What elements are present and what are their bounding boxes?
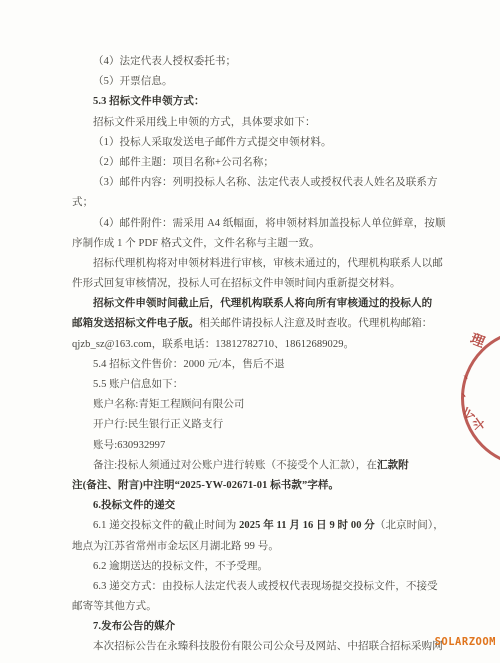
text-run: （4）邮件附件：需采用 A4 纸幅面，将申领材料加盖投标人单位鲜章，按顺 <box>93 218 445 229</box>
text-run: 式； <box>72 197 93 208</box>
document-line: 式； <box>72 193 444 213</box>
text-run: 招标文件采用线上申领的方式，具体要求如下： <box>93 117 316 128</box>
document-line: 招标代理机构将对申领材料进行审核，审核未通过的，代理机构联系人以邮 <box>72 254 444 274</box>
document-line: 账号:630932997 <box>72 436 444 456</box>
text-run: 地点为江苏省常州市金坛区月湖北路 99 号。 <box>72 541 279 552</box>
text-run: 招标代理机构将对申领材料进行审核，审核未通过的，代理机构联系人以邮 <box>93 258 443 269</box>
text-run: 6.3 递交方式：由投标人法定代表人或授权代表现场提交投标文件，不接受 <box>93 581 438 592</box>
text-run: 邮寄等其他方式。 <box>72 601 157 612</box>
text-run: qjzb_sz@163.com，联系电话：13812782710、1861268… <box>72 339 354 350</box>
text-run: 相关邮件请投标人注意及时查收。代理机构邮箱： <box>199 318 432 329</box>
text-run: （北京时间）， <box>375 520 444 531</box>
text-run: （3）邮件内容：列明投标人名称、法定代表人或授权代表人姓名及联系方 <box>93 177 438 188</box>
text-run: （1）投标人采取发送电子邮件方式提交申领材料。 <box>93 137 332 148</box>
text-run: 备注:投标人须通过对公账户进行转账（不接受个人汇款），在 <box>93 460 377 471</box>
document-line: 招标文件采用线上申领的方式，具体要求如下： <box>72 113 444 133</box>
document-line: 账户名称:青矩工程顾问有限公司 <box>72 395 444 415</box>
text-run-bold: 7.发布公告的媒介 <box>93 621 175 632</box>
document-line: 6.投标文件的递交 <box>72 496 444 516</box>
document-line: （3）邮件内容：列明投标人名称、法定代表人或授权代表人姓名及联系方 <box>72 173 444 193</box>
text-run-bold: 5.3 招标文件申领方式： <box>93 96 205 107</box>
seal-character: 丶 <box>461 374 470 383</box>
text-run: 6.1 递交投标文件的截止时间为 <box>93 520 239 531</box>
document-line: 招标文件申领时间截止后，代理机构联系人将向所有审核通过的投标人的 <box>72 294 444 314</box>
text-run: 开户行:民生银行正义路支行 <box>93 419 223 430</box>
document-page: （4）法定代表人授权委托书；（5）开票信息。5.3 招标文件申领方式：招标文件采… <box>0 0 500 663</box>
text-run: 本次招标公告在永臻科技股份有限公司公众号及网站、中招联合招标采购网 <box>93 641 443 652</box>
document-line: （5）开票信息。 <box>72 72 444 92</box>
document-line: 邮箱发送招标文件电子版。相关邮件请投标人注意及时查收。代理机构邮箱： <box>72 314 444 334</box>
document-line: 件形式回复审核情况，投标人可在招标文件申领时间内重新提交材料。 <box>72 274 444 294</box>
text-run: 5.4 招标文件售价：2000 元/本，售后不退 <box>93 359 285 370</box>
solarzoom-watermark: SOLARZOOM <box>435 636 496 648</box>
document-line: qjzb_sz@163.com，联系电话：13812782710、1861268… <box>72 335 444 355</box>
document-line: （4）邮件附件：需采用 A4 纸幅面，将申领材料加盖投标人单位鲜章，按顺 <box>72 214 444 234</box>
text-run-bold: 邮箱发送招标文件电子版。 <box>72 318 199 329</box>
document-line: （2）邮件主题：项目名称+公司名称； <box>72 153 444 173</box>
text-run-bold: 2025 年 11 月 16 日 9 时 00 分 <box>239 520 375 531</box>
document-line: 6.2 逾期送达的投标文件，不予受理。 <box>72 557 444 577</box>
text-run: 账号:630932997 <box>93 440 165 451</box>
document-line: （4）法定代表人授权委托书； <box>72 52 444 72</box>
seal-character: 丶 <box>459 392 468 401</box>
text-run-bold: 招标文件申领时间截止后，代理机构联系人将向所有审核通过的投标人的 <box>93 298 432 309</box>
document-line: 地点为江苏省常州市金坛区月湖北路 99 号。 <box>72 537 444 557</box>
text-run: 账户名称:青矩工程顾问有限公司 <box>93 399 244 410</box>
text-run-bold: 6.投标文件的递交 <box>93 500 175 511</box>
document-line: 备注:投标人须通过对公账户进行转账（不接受个人汇款），在汇款附 <box>72 456 444 476</box>
text-run: 序制作成 1 个 PDF 格式文件，文件名称与主题一致。 <box>72 238 320 249</box>
document-line: 5.5 账户信息如下： <box>72 375 444 395</box>
document-body: （4）法定代表人授权委托书；（5）开票信息。5.3 招标文件申领方式：招标文件采… <box>72 52 444 658</box>
document-line: 序制作成 1 个 PDF 格式文件，文件名称与主题一致。 <box>72 234 444 254</box>
text-run: （4）法定代表人授权委托书； <box>93 56 236 67</box>
text-run: 6.2 逾期送达的投标文件，不予受理。 <box>93 561 268 572</box>
text-run: 件形式回复审核情况，投标人可在招标文件申领时间内重新提交材料。 <box>72 278 401 289</box>
text-run-bold: 注(备注、附言)中注明“2025-YW-02671-01 标书款”字样。 <box>72 480 339 491</box>
document-line: 注(备注、附言)中注明“2025-YW-02671-01 标书款”字样。 <box>72 476 444 496</box>
text-run: 5.5 账户信息如下： <box>93 379 183 390</box>
document-line: 开户行:民生银行正义路支行 <box>72 415 444 435</box>
document-line: 6.3 递交方式：由投标人法定代表人或授权代表现场提交投标文件，不接受 <box>72 577 444 597</box>
document-line: 6.1 递交投标文件的截止时间为 2025 年 11 月 16 日 9 时 00… <box>72 516 444 536</box>
text-run: （5）开票信息。 <box>93 76 173 87</box>
document-line: 邮寄等其他方式。 <box>72 597 444 617</box>
document-line: 本次招标公告在永臻科技股份有限公司公众号及网站、中招联合招标采购网 <box>72 637 444 657</box>
text-run-bold: 汇款附 <box>377 460 409 471</box>
document-line: （1）投标人采取发送电子邮件方式提交申领材料。 <box>72 133 444 153</box>
document-line: 5.4 招标文件售价：2000 元/本，售后不退 <box>72 355 444 375</box>
document-line: 7.发布公告的媒介 <box>72 617 444 637</box>
document-line: 5.3 招标文件申领方式： <box>72 92 444 112</box>
text-run: （2）邮件主题：项目名称+公司名称； <box>93 157 274 168</box>
